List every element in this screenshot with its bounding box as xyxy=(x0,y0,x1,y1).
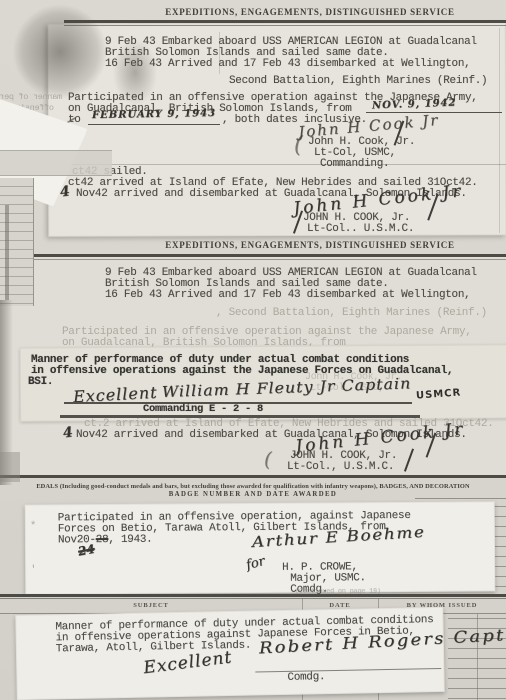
signature-paren: ( xyxy=(264,447,272,471)
for-handwritten: for xyxy=(245,554,267,573)
scanned-service-record-page: EXPEDITIONS, ENGAGEMENTS, DISTINGUISHED … xyxy=(0,0,506,700)
signature-typed-line: Commanding. xyxy=(320,159,389,170)
to-date-underline xyxy=(88,124,220,125)
table-rule-thin xyxy=(0,598,506,599)
section2-rule-thin xyxy=(0,259,506,260)
column-header-subject: SUBJECT xyxy=(0,602,302,609)
entry-line: 16 Feb 43 Arrived and 17 Feb 43 disembar… xyxy=(105,290,470,301)
betio-manner-slip-paper: Manner of performance of duty under actu… xyxy=(15,607,445,700)
scan-vertical-line xyxy=(499,28,500,233)
date-line: Nov20-28, 1943. xyxy=(58,535,153,547)
battalion-line: Second Battalion, Eighth Marines (Reinf.… xyxy=(229,76,487,87)
margin-mark: * xyxy=(30,522,36,533)
paper-fragment-ruled xyxy=(0,150,112,176)
medals-rule-thin xyxy=(415,498,506,499)
paper-fragment-nub xyxy=(0,452,20,482)
ink-smudge xyxy=(95,25,175,120)
mirrored-line: manner of per xyxy=(0,92,62,103)
signature-typed-line: Lt-Col.. U.S.M.C. xyxy=(307,224,414,235)
section2-header: EXPEDITIONS, ENGAGEMENTS, DISTINGUISHED … xyxy=(130,240,490,250)
date-suffix: , 1943. xyxy=(108,534,152,546)
paper-fragment-dark-edge xyxy=(5,205,9,300)
betio-slip-paper: * ' Participated in an offensive operati… xyxy=(25,501,496,594)
medals-header-line1: EDALS (Including good-conduct medals and… xyxy=(0,483,506,490)
manner-line: BSI. xyxy=(28,377,53,388)
date-correction-handwritten: 24 xyxy=(77,542,96,559)
signature-paren: ( xyxy=(294,133,303,158)
date-struck: 28 xyxy=(96,534,109,546)
scan-horizontal-line xyxy=(58,164,506,165)
medals-header-line2: BADGE NUMBER AND DATE AWARDED xyxy=(0,491,506,498)
signature-typed-line: Comdg. xyxy=(287,672,325,684)
section1-header: EXPEDITIONS, ENGAGEMENTS, DISTINGUISHED … xyxy=(130,7,490,17)
signature-typed-line: Lt-Col., U.S.M.C. xyxy=(287,462,394,473)
signature-underline xyxy=(255,668,441,673)
section2-rule-thick xyxy=(0,254,506,257)
handwritten-correction-4: 4 xyxy=(62,424,74,441)
battalion-line-faded: , Second Battalion, Eighth Marines (Rein… xyxy=(216,308,487,319)
commanding-line: Commanding E - 2 - 8 xyxy=(143,404,263,415)
margin-mark: ' xyxy=(30,566,36,577)
